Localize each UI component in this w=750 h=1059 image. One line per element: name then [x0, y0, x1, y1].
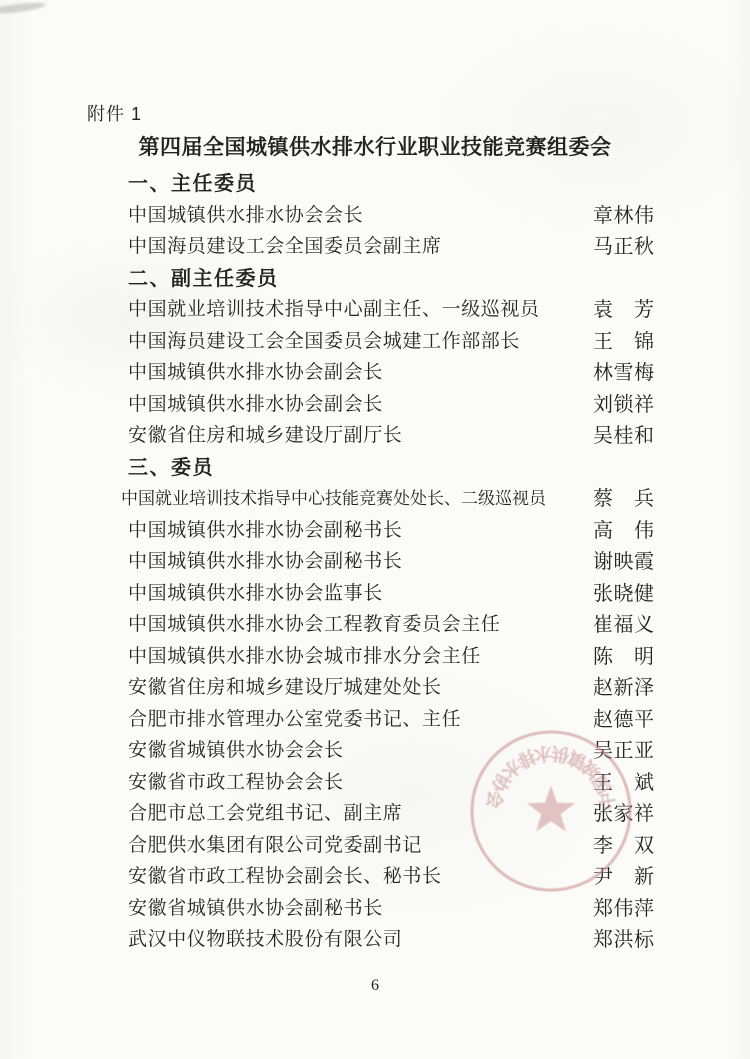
member-title: 中国城镇供水排水协会副秘书长: [128, 515, 593, 542]
member-name: 刘锁祥: [593, 388, 660, 417]
member-title: 安徽省城镇供水协会会长: [128, 735, 593, 762]
member-row: 中国城镇供水排水协会副秘书长高 伟: [128, 513, 660, 545]
member-title: 安徽省城镇供水协会副秘书长: [128, 893, 593, 920]
member-name: 张家祥: [593, 797, 660, 826]
member-row: 中国城镇供水排水协会工程教育委员会主任崔福义: [128, 607, 660, 639]
member-title: 中国城镇供水排水协会会长: [128, 200, 593, 227]
scan-artifact-smudge: [0, 1, 46, 16]
page-number: 6: [0, 977, 750, 995]
member-name: 张晓健: [593, 577, 660, 606]
member-title: 中国就业培训技术指导中心副主任、一级巡视员: [128, 294, 593, 321]
member-title: 中国城镇供水排水协会城市排水分会主任: [128, 641, 593, 668]
member-row: 中国城镇供水排水协会副会长刘锁祥: [128, 387, 660, 419]
member-name: 赵新泽: [593, 671, 660, 700]
member-row: 中国就业培训技术指导中心技能竞赛处处长、二级巡视员蔡 兵: [128, 481, 660, 513]
member-title: 安徽省住房和城乡建设厅副厅长: [128, 420, 593, 447]
member-title: 合肥市总工会党组书记、副主席: [128, 798, 593, 825]
member-name: 赵德平: [593, 703, 660, 732]
member-name: 吴桂和: [593, 419, 660, 448]
member-row: 安徽省住房和城乡建设厅城建处处长赵新泽: [128, 670, 660, 702]
member-title: 中国海员建设工会全国委员会城建工作部部长: [128, 326, 593, 353]
member-title: 安徽省住房和城乡建设厅城建处处长: [128, 672, 593, 699]
member-name: 崔福义: [593, 608, 660, 637]
section-heading: 三、委员: [128, 450, 660, 482]
member-name: 尹 新: [593, 860, 660, 889]
member-name: 王 斌: [593, 766, 660, 795]
attachment-label: 附件 1: [87, 100, 142, 126]
member-title: 中国城镇供水排水协会工程教育委员会主任: [128, 609, 593, 636]
member-row: 中国城镇供水排水协会副秘书长谢映霞: [128, 544, 660, 576]
member-name: 吴正亚: [593, 734, 660, 763]
section-heading: 二、副主任委员: [128, 261, 660, 293]
member-title: 中国海员建设工会全国委员会副主席: [128, 231, 593, 258]
member-title: 中国城镇供水排水协会副会长: [128, 389, 593, 416]
member-row: 中国城镇供水排水协会会长章林伟: [128, 198, 660, 230]
document-title: 第四届全国城镇供水排水行业职业技能竞赛组委会: [0, 131, 750, 161]
member-title: 安徽省市政工程协会会长: [128, 767, 593, 794]
member-row: 安徽省住房和城乡建设厅副厅长吴桂和: [128, 418, 660, 450]
member-row: 安徽省市政工程协会副会长、秘书长尹 新: [128, 859, 660, 891]
member-name: 陈 明: [593, 640, 660, 669]
member-name: 郑洪标: [593, 923, 660, 952]
member-title: 中国城镇供水排水协会监事长: [128, 578, 593, 605]
section-heading: 一、主任委员: [128, 166, 660, 198]
member-row: 合肥市排水管理办公室党委书记、主任赵德平: [128, 702, 660, 734]
document-page: 附件 1 第四届全国城镇供水排水行业职业技能竞赛组委会 一、主任委员中国城镇供水…: [0, 0, 750, 1059]
member-row: 合肥市总工会党组书记、副主席张家祥: [128, 796, 660, 828]
member-name: 谢映霞: [593, 545, 660, 574]
member-title: 中国就业培训技术指导中心技能竞赛处处长、二级巡视员: [121, 484, 593, 509]
member-row: 安徽省市政工程协会会长王 斌: [128, 765, 660, 797]
member-row: 中国城镇供水排水协会副会长林雪梅: [128, 355, 660, 387]
member-row: 合肥供水集团有限公司党委副书记李 双: [128, 828, 660, 860]
member-name: 王 锦: [593, 325, 660, 354]
member-row: 中国就业培训技术指导中心副主任、一级巡视员袁 芳: [128, 292, 660, 324]
member-name: 蔡 兵: [593, 482, 660, 511]
member-title: 中国城镇供水排水协会副会长: [128, 357, 593, 384]
member-title: 安徽省市政工程协会副会长、秘书长: [128, 861, 593, 888]
member-row: 安徽省城镇供水协会副秘书长郑伟萍: [128, 891, 660, 923]
member-row: 中国城镇供水排水协会城市排水分会主任陈 明: [128, 639, 660, 671]
member-name: 林雪梅: [593, 356, 660, 385]
member-sections: 一、主任委员中国城镇供水排水协会会长章林伟中国海员建设工会全国委员会副主席马正秋…: [128, 166, 660, 954]
member-row: 安徽省城镇供水协会会长吴正亚: [128, 733, 660, 765]
member-name: 高 伟: [593, 514, 660, 543]
member-name: 郑伟萍: [593, 892, 660, 921]
member-title: 武汉中仪物联技术股份有限公司: [128, 924, 593, 951]
member-name: 章林伟: [593, 199, 660, 228]
member-row: 中国城镇供水排水协会监事长张晓健: [128, 576, 660, 608]
member-name: 马正秋: [593, 230, 660, 259]
member-name: 袁 芳: [593, 293, 660, 322]
member-title: 合肥市排水管理办公室党委书记、主任: [128, 704, 593, 731]
member-row: 武汉中仪物联技术股份有限公司郑洪标: [128, 922, 660, 954]
member-row: 中国海员建设工会全国委员会副主席马正秋: [128, 229, 660, 261]
member-title: 中国城镇供水排水协会副秘书长: [128, 546, 593, 573]
member-title: 合肥供水集团有限公司党委副书记: [128, 830, 593, 857]
member-row: 中国海员建设工会全国委员会城建工作部部长王 锦: [128, 324, 660, 356]
member-name: 李 双: [593, 829, 660, 858]
